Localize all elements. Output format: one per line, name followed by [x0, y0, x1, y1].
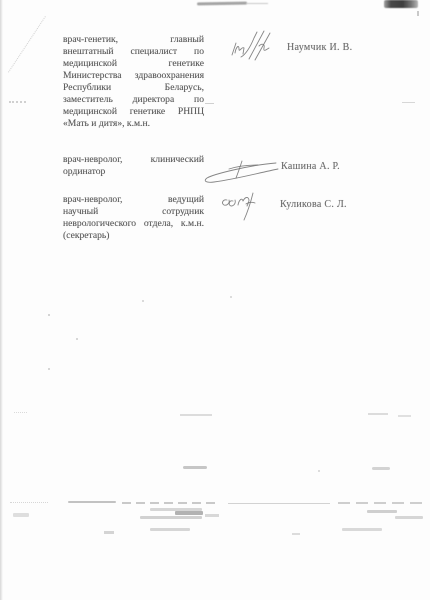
bleed-text: [13, 513, 29, 517]
bleed-streak: [68, 501, 116, 503]
position-line: Республики Беларусь,: [63, 82, 204, 94]
position-line: врач-невролог, ведущий: [63, 194, 204, 206]
scan-speck: [318, 470, 320, 472]
signatory-name: Кашина А. Р.: [281, 161, 340, 172]
bleed-mark: [368, 413, 388, 415]
bleed-streak: [122, 502, 220, 504]
bleed-text: [150, 528, 190, 531]
bleed-text: [175, 511, 203, 515]
scan-speck: [230, 296, 232, 298]
bleed-text: [342, 528, 382, 531]
scan-smudge-top-center: [197, 2, 247, 6]
scan-dash-right: [402, 102, 415, 103]
position-line: медицинской генетике: [63, 58, 204, 70]
bleed-streak: [338, 502, 426, 504]
signature-kashina: [202, 156, 280, 186]
scan-dash-row-left: [9, 101, 26, 103]
scan-smudge-top-center-tail: [246, 3, 268, 4]
bleed-text: [367, 510, 397, 513]
bleed-text: [140, 516, 202, 519]
scan-ink-blob-top-right: [384, 0, 418, 8]
bleed-text: [395, 516, 423, 519]
position-line: ординатор: [63, 166, 204, 178]
position-line: научный сотрудник: [63, 206, 204, 218]
bleed-streak: [228, 503, 330, 504]
bleed-streak: [10, 502, 48, 503]
position-line: «Мать и дитя», к.м.н.: [63, 118, 204, 130]
signatory-name: Куликова С. Л.: [280, 199, 347, 210]
bleed-mark: [398, 415, 411, 417]
bleed-smudge: [372, 467, 390, 470]
bleed-text: [205, 514, 219, 517]
position-line: внештатный специалист по: [63, 46, 204, 58]
position-line: заместитель директора по: [63, 94, 204, 106]
signatory-name: Наумчик И. В.: [287, 42, 352, 53]
bleed-text: [150, 508, 202, 511]
bleed-smudge: [183, 466, 207, 469]
signature-naumchik: [228, 26, 283, 66]
position-line: Министерства здравоохранения: [63, 70, 204, 82]
scan-speck: [48, 368, 50, 370]
scanned-page: врач-генетик, главный внештатный специал…: [0, 0, 430, 600]
bleed-mark: [180, 414, 212, 416]
scan-speck-top-right: [417, 11, 419, 16]
position-text: врач-невролог, клинический ординатор: [63, 154, 204, 178]
bleed-text: [292, 533, 300, 535]
scan-dash-mid: [205, 103, 214, 104]
position-line: врач-невролог, клинический: [63, 154, 204, 166]
fold-crease-line: [8, 16, 46, 72]
position-line: врач-генетик, главный: [63, 34, 204, 46]
position-line: медицинской генетике РНПЦ: [63, 106, 204, 118]
position-line: неврологического отдела, к.м.н.: [63, 218, 204, 230]
scan-speck: [142, 300, 144, 302]
position-text: врач-генетик, главный внештатный специал…: [63, 34, 204, 130]
signature-kulikova: [218, 189, 268, 224]
bleed-text: [104, 531, 114, 534]
position-line: (секретарь): [63, 230, 204, 242]
scan-speck: [76, 338, 78, 340]
scan-speck: [48, 314, 50, 316]
bleed-mark: [14, 412, 27, 413]
position-text: врач-невролог, ведущий научный сотрудник…: [63, 194, 204, 242]
